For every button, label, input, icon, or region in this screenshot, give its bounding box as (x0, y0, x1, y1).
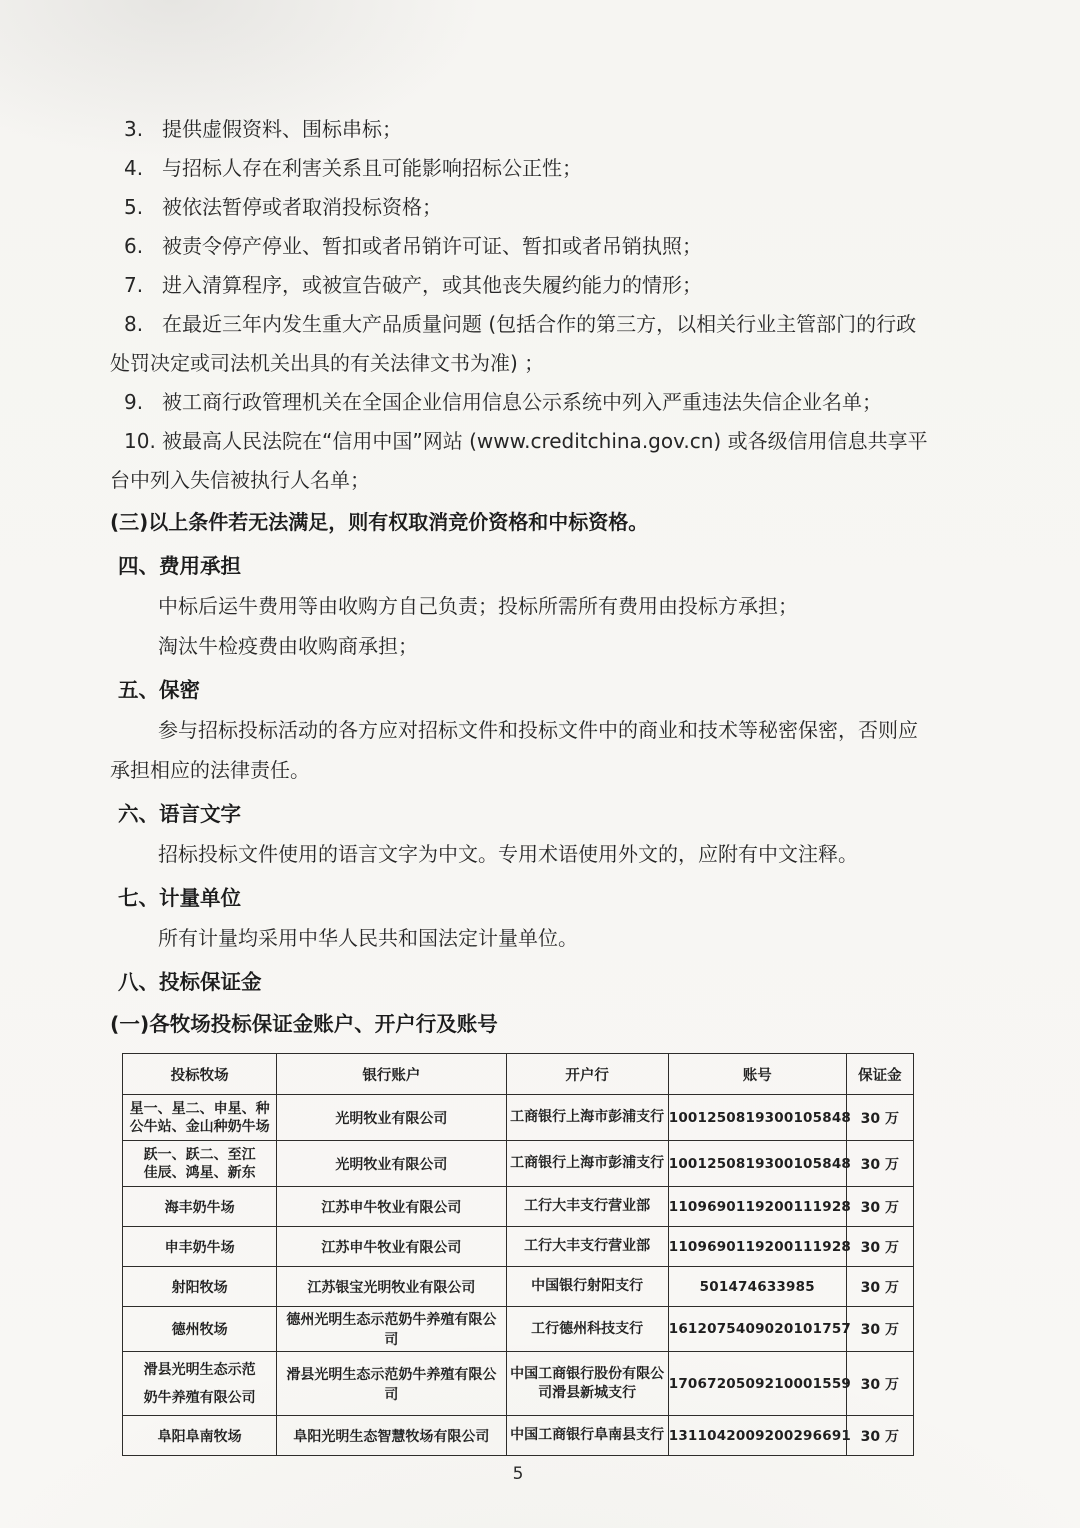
item-text: 与招标人存在利害关系且可能影响招标公正性； (162, 156, 582, 180)
table-title: (一)各牧场投标保证金账户、开户行及账号 (110, 1004, 930, 1044)
company-cell: 江苏银宝光明牧业有限公司 (277, 1267, 506, 1307)
header-bank: 开户行 (506, 1054, 668, 1095)
paragraph-confidentiality: 参与招标投标活动的各方应对招标文件和投标文件中的商业和技术等秘密保密，否则应承担… (110, 710, 930, 790)
header-farm: 投标牧场 (123, 1054, 277, 1095)
deposit-cell: 30 万 (846, 1307, 913, 1352)
company-cell: 滑县光明生态示范奶牛养殖有限公司 (277, 1352, 506, 1416)
company-cell: 光明牧业有限公司 (277, 1095, 506, 1141)
item-number: 6. (124, 227, 162, 266)
farm-cell: 滑县光明生态示范 奶牛养殖有限公司 (123, 1352, 277, 1416)
item-number: 7. (124, 266, 162, 305)
table-row: 德州牧场 德州光明生态示范奶牛养殖有限公司 工行德州科技支行 161207540… (123, 1307, 914, 1352)
account-cell: 501474633985 (668, 1267, 846, 1307)
company-cell: 德州光明生态示范奶牛养殖有限公司 (277, 1307, 506, 1352)
paragraph-fee-2: 淘汰牛检疫费由收购商承担； (110, 626, 930, 666)
farm-cell: 阜阳阜南牧场 (123, 1416, 277, 1456)
account-cell: 1001250819300105848 (668, 1141, 846, 1187)
farm-cell: 申丰奶牛场 (123, 1227, 277, 1267)
header-company: 银行账户 (277, 1054, 506, 1095)
deposit-table: 投标牧场 银行账户 开户行 账号 保证金 星一、星二、申星、种 公牛站、金山种奶… (122, 1053, 914, 1456)
bank-cell: 工行德州科技支行 (506, 1307, 668, 1352)
deposit-cell: 30 万 (846, 1141, 913, 1187)
account-cell: 1109690119200111928 (668, 1187, 846, 1227)
item-text: 在最近三年内发生重大产品质量问题 (包括合作的第三方，以相关行业主管部门的行政处… (110, 312, 916, 375)
list-item-10: 10.被最高人民法院在“信用中国”网站 (www.creditchina.gov… (110, 422, 930, 500)
page-number: 5 (122, 1464, 914, 1484)
deposit-cell: 30 万 (846, 1227, 913, 1267)
company-cell: 阜阳光明生态智慧牧场有限公司 (277, 1416, 506, 1456)
item-text: 被依法暂停或者取消投标资格； (162, 195, 442, 219)
header-account: 账号 (668, 1054, 846, 1095)
item-text: 被责令停产停业、暂扣或者吊销许可证、暂扣或者吊销执照； (162, 234, 702, 258)
account-cell: 1109690119200111928 (668, 1227, 846, 1267)
deposit-cell: 30 万 (846, 1416, 913, 1456)
header-deposit: 保证金 (846, 1054, 913, 1095)
section-heading-language: 六、语言文字 (110, 794, 930, 834)
farm-cell: 海丰奶牛场 (123, 1187, 277, 1227)
list-item-3: 3.提供虚假资料、围标串标； (110, 110, 930, 149)
paragraph-language: 招标投标文件使用的语言文字为中文。专用术语使用外文的，应附有中文注释。 (110, 834, 930, 874)
list-item-6: 6.被责令停产停业、暂扣或者吊销许可证、暂扣或者吊销执照； (110, 227, 930, 266)
account-cell: 1612075409020101757 (668, 1307, 846, 1352)
bank-cell: 中国工商银行阜南县支行 (506, 1416, 668, 1456)
clause-three: (三)以上条件若无法满足，则有权取消竞价资格和中标资格。 (110, 502, 930, 542)
table-row: 星一、星二、申星、种 公牛站、金山种奶牛场 光明牧业有限公司 工商银行上海市彭浦… (123, 1095, 914, 1141)
item-text: 被工商行政管理机关在全国企业信用信息公示系统中列入严重违法失信企业名单； (162, 390, 882, 414)
paragraph-units: 所有计量均采用中华人民共和国法定计量单位。 (110, 918, 930, 958)
bank-cell: 工行大丰支行营业部 (506, 1187, 668, 1227)
account-cell: 1311042009200296691 (668, 1416, 846, 1456)
company-cell: 光明牧业有限公司 (277, 1141, 506, 1187)
table-row: 滑县光明生态示范 奶牛养殖有限公司 滑县光明生态示范奶牛养殖有限公司 中国工商银… (123, 1352, 914, 1416)
deposit-cell: 30 万 (846, 1187, 913, 1227)
deposit-cell: 30 万 (846, 1352, 913, 1416)
list-item-9: 9.被工商行政管理机关在全国企业信用信息公示系统中列入严重违法失信企业名单； (110, 383, 930, 422)
farm-cell: 跃一、跃二、至江 佳辰、鸿星、新东 (123, 1141, 277, 1187)
item-text: 提供虚假资料、围标串标； (162, 117, 402, 141)
farm-cell: 德州牧场 (123, 1307, 277, 1352)
deposit-cell: 30 万 (846, 1095, 913, 1141)
account-cell: 1706720509210001559 (668, 1352, 846, 1416)
paragraph-fee-1: 中标后运牛费用等由收购方自己负责；投标所需所有费用由投标方承担； (110, 586, 930, 626)
item-number: 5. (124, 188, 162, 227)
table-row: 海丰奶牛场 江苏申牛牧业有限公司 工行大丰支行营业部 1109690119200… (123, 1187, 914, 1227)
farm-cell: 星一、星二、申星、种 公牛站、金山种奶牛场 (123, 1095, 277, 1141)
section-heading-deposit: 八、投标保证金 (110, 962, 930, 1002)
table-header-row: 投标牧场 银行账户 开户行 账号 保证金 (123, 1054, 914, 1095)
account-cell: 1001250819300105848 (668, 1095, 846, 1141)
bank-cell: 中国工商银行股份有限公 司滑县新城支行 (506, 1352, 668, 1416)
table-row: 跃一、跃二、至江 佳辰、鸿星、新东 光明牧业有限公司 工商银行上海市彭浦支行 1… (123, 1141, 914, 1187)
bank-cell: 工行大丰支行营业部 (506, 1227, 668, 1267)
list-item-4: 4.与招标人存在利害关系且可能影响招标公正性； (110, 149, 930, 188)
list-item-7: 7.进入清算程序，或被宣告破产，或其他丧失履约能力的情形； (110, 266, 930, 305)
table-row: 阜阳阜南牧场 阜阳光明生态智慧牧场有限公司 中国工商银行阜南县支行 131104… (123, 1416, 914, 1456)
table-row: 射阳牧场 江苏银宝光明牧业有限公司 中国银行射阳支行 501474633985 … (123, 1267, 914, 1307)
bank-cell: 工商银行上海市彭浦支行 (506, 1095, 668, 1141)
item-number: 9. (124, 383, 162, 422)
item-number: 4. (124, 149, 162, 188)
document-page: 3.提供虚假资料、围标串标； 4.与招标人存在利害关系且可能影响招标公正性； 5… (0, 0, 1080, 1528)
bank-cell: 工商银行上海市彭浦支行 (506, 1141, 668, 1187)
bank-cell: 中国银行射阳支行 (506, 1267, 668, 1307)
section-heading-fee: 四、费用承担 (110, 546, 930, 586)
deposit-cell: 30 万 (846, 1267, 913, 1307)
section-heading-confidentiality: 五、保密 (110, 670, 930, 710)
section-heading-units: 七、计量单位 (110, 878, 930, 918)
item-text: 进入清算程序，或被宣告破产，或其他丧失履约能力的情形； (162, 273, 702, 297)
company-cell: 江苏申牛牧业有限公司 (277, 1227, 506, 1267)
list-item-5: 5.被依法暂停或者取消投标资格； (110, 188, 930, 227)
company-cell: 江苏申牛牧业有限公司 (277, 1187, 506, 1227)
table-row: 申丰奶牛场 江苏申牛牧业有限公司 工行大丰支行营业部 1109690119200… (123, 1227, 914, 1267)
item-text: 被最高人民法院在“信用中国”网站 (www.creditchina.gov.cn… (110, 429, 928, 492)
farm-cell: 射阳牧场 (123, 1267, 277, 1307)
item-number: 8. (124, 305, 162, 344)
item-number: 3. (124, 110, 162, 149)
list-item-8: 8.在最近三年内发生重大产品质量问题 (包括合作的第三方，以相关行业主管部门的行… (110, 305, 930, 383)
item-number: 10. (124, 422, 162, 461)
